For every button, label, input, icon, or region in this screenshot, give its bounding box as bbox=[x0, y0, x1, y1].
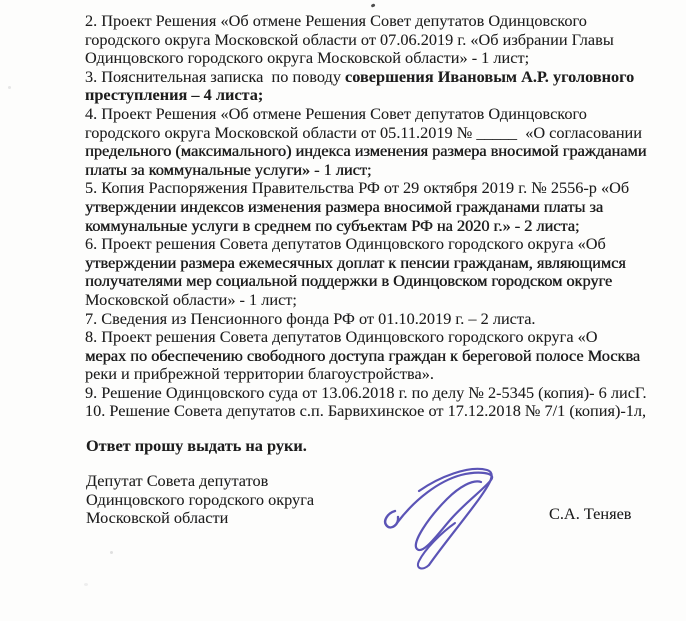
list-line: утверждении размера ежемесячных доплат к… bbox=[85, 254, 647, 273]
list-line-segment: получателями мер социальной поддержки в … bbox=[85, 271, 612, 290]
signoff-line-region: Московской области bbox=[86, 509, 314, 528]
list-line: мерах по обеспечению свободного доступа … bbox=[85, 347, 647, 366]
list-line-segment: 7. Сведения из Пенсионного фонда РФ от 0… bbox=[85, 309, 536, 328]
signoff-line-title: Депутат Совета депутатов bbox=[86, 472, 314, 491]
attachment-list: 2. Проект Решения «Об отмене Решения Сов… bbox=[85, 12, 647, 421]
list-line: 6. Проект решения Совета депутатов Одинц… bbox=[85, 235, 647, 254]
list-line: 5. Копия Распоряжения Правительства РФ о… bbox=[85, 179, 647, 198]
list-line-segment: 3. Пояснительная записка по поводу bbox=[85, 67, 345, 86]
list-line-segment: 9. Решение Одинцовского суда от 13.06.20… bbox=[85, 383, 647, 402]
list-line: городского округа Московской области от … bbox=[85, 124, 647, 143]
list-line-segment: 2. Проект Решения «Об отмене Решения Сов… bbox=[85, 11, 587, 30]
list-line-segment: городского округа Московской области от … bbox=[85, 123, 642, 142]
signer-name: С.А. Теняев bbox=[549, 505, 632, 524]
list-line: 2. Проект Решения «Об отмене Решения Сов… bbox=[85, 12, 647, 31]
list-line-segment: 6. Проект решения Совета депутатов Одинц… bbox=[85, 234, 606, 253]
list-line-bold-segment: преступления – 4 листа; bbox=[85, 85, 263, 104]
list-line: платы за коммунальные услуги» - 1 лист; bbox=[85, 161, 647, 180]
list-line: 8. Проект решения Совета депутатов Одинц… bbox=[85, 328, 647, 347]
list-line-segment: Одинцовского городского округа Московско… bbox=[85, 48, 529, 67]
signature-scribble bbox=[371, 451, 501, 575]
closing-request: Ответ прошу выдать на руки. bbox=[86, 437, 307, 456]
list-line-segment: Московской области» - 1 лист; bbox=[85, 290, 297, 309]
list-line: коммунальные услуги в среднем по субъект… bbox=[85, 217, 647, 236]
list-line-segment: коммунальные услуги в среднем по субъект… bbox=[85, 216, 579, 235]
scan-speck-icon bbox=[371, 3, 376, 7]
signoff-line-district: Одинцовского городского округа bbox=[86, 491, 314, 510]
list-line: 7. Сведения из Пенсионного фонда РФ от 0… bbox=[85, 310, 647, 329]
list-line: получателями мер социальной поддержки в … bbox=[85, 272, 647, 291]
list-line: 10. Решение Совета депутатов с.п. Барвих… bbox=[85, 402, 647, 421]
list-line-segment: платы за коммунальные услуги» - 1 лист; bbox=[85, 160, 371, 179]
list-line: Одинцовского городского округа Московско… bbox=[85, 49, 647, 68]
list-line: Московской области» - 1 лист; bbox=[85, 291, 647, 310]
scan-speck-icon bbox=[84, 583, 88, 586]
list-line-segment: утверждении размера ежемесячных доплат к… bbox=[85, 253, 626, 272]
list-line: предельного (максимального) индекса изме… bbox=[85, 142, 647, 161]
list-line-segment: 10. Решение Совета депутатов с.п. Барвих… bbox=[85, 401, 646, 420]
signoff-block: Депутат Совета депутатов Одинцовского го… bbox=[86, 472, 314, 528]
list-line-segment: утверждении индексов изменения размера в… bbox=[85, 197, 603, 216]
list-line: 9. Решение Одинцовского суда от 13.06.20… bbox=[85, 384, 647, 403]
list-line: преступления – 4 листа; bbox=[85, 86, 647, 105]
scan-speck-icon bbox=[110, 551, 113, 554]
list-line-segment: 5. Копия Распоряжения Правительства РФ о… bbox=[85, 178, 629, 197]
list-line: 4. Проект Решения «Об отмене Решения Сов… bbox=[85, 105, 647, 124]
list-line-segment: реки и прибрежной территории благоустрой… bbox=[85, 364, 434, 383]
list-line-segment: мерах по обеспечению свободного доступа … bbox=[85, 346, 640, 365]
list-line: реки и прибрежной территории благоустрой… bbox=[85, 365, 647, 384]
list-line: городского округа Московской области от … bbox=[85, 31, 647, 50]
document-page: 2. Проект Решения «Об отмене Решения Сов… bbox=[0, 0, 686, 621]
list-line-segment: 4. Проект Решения «Об отмене Решения Сов… bbox=[85, 104, 587, 123]
list-line: 3. Пояснительная записка по поводу совер… bbox=[85, 68, 647, 87]
list-line: утверждении индексов изменения размера в… bbox=[85, 198, 647, 217]
list-line-bold-segment: совершения Ивановым А.Р. уголовного bbox=[345, 67, 634, 86]
list-line-segment: 8. Проект решения Совета депутатов Одинц… bbox=[85, 327, 598, 346]
list-line-segment: городского округа Московской области от … bbox=[85, 30, 614, 49]
list-line-segment: предельного (максимального) индекса изме… bbox=[85, 141, 646, 160]
scan-speck-icon bbox=[8, 86, 11, 89]
